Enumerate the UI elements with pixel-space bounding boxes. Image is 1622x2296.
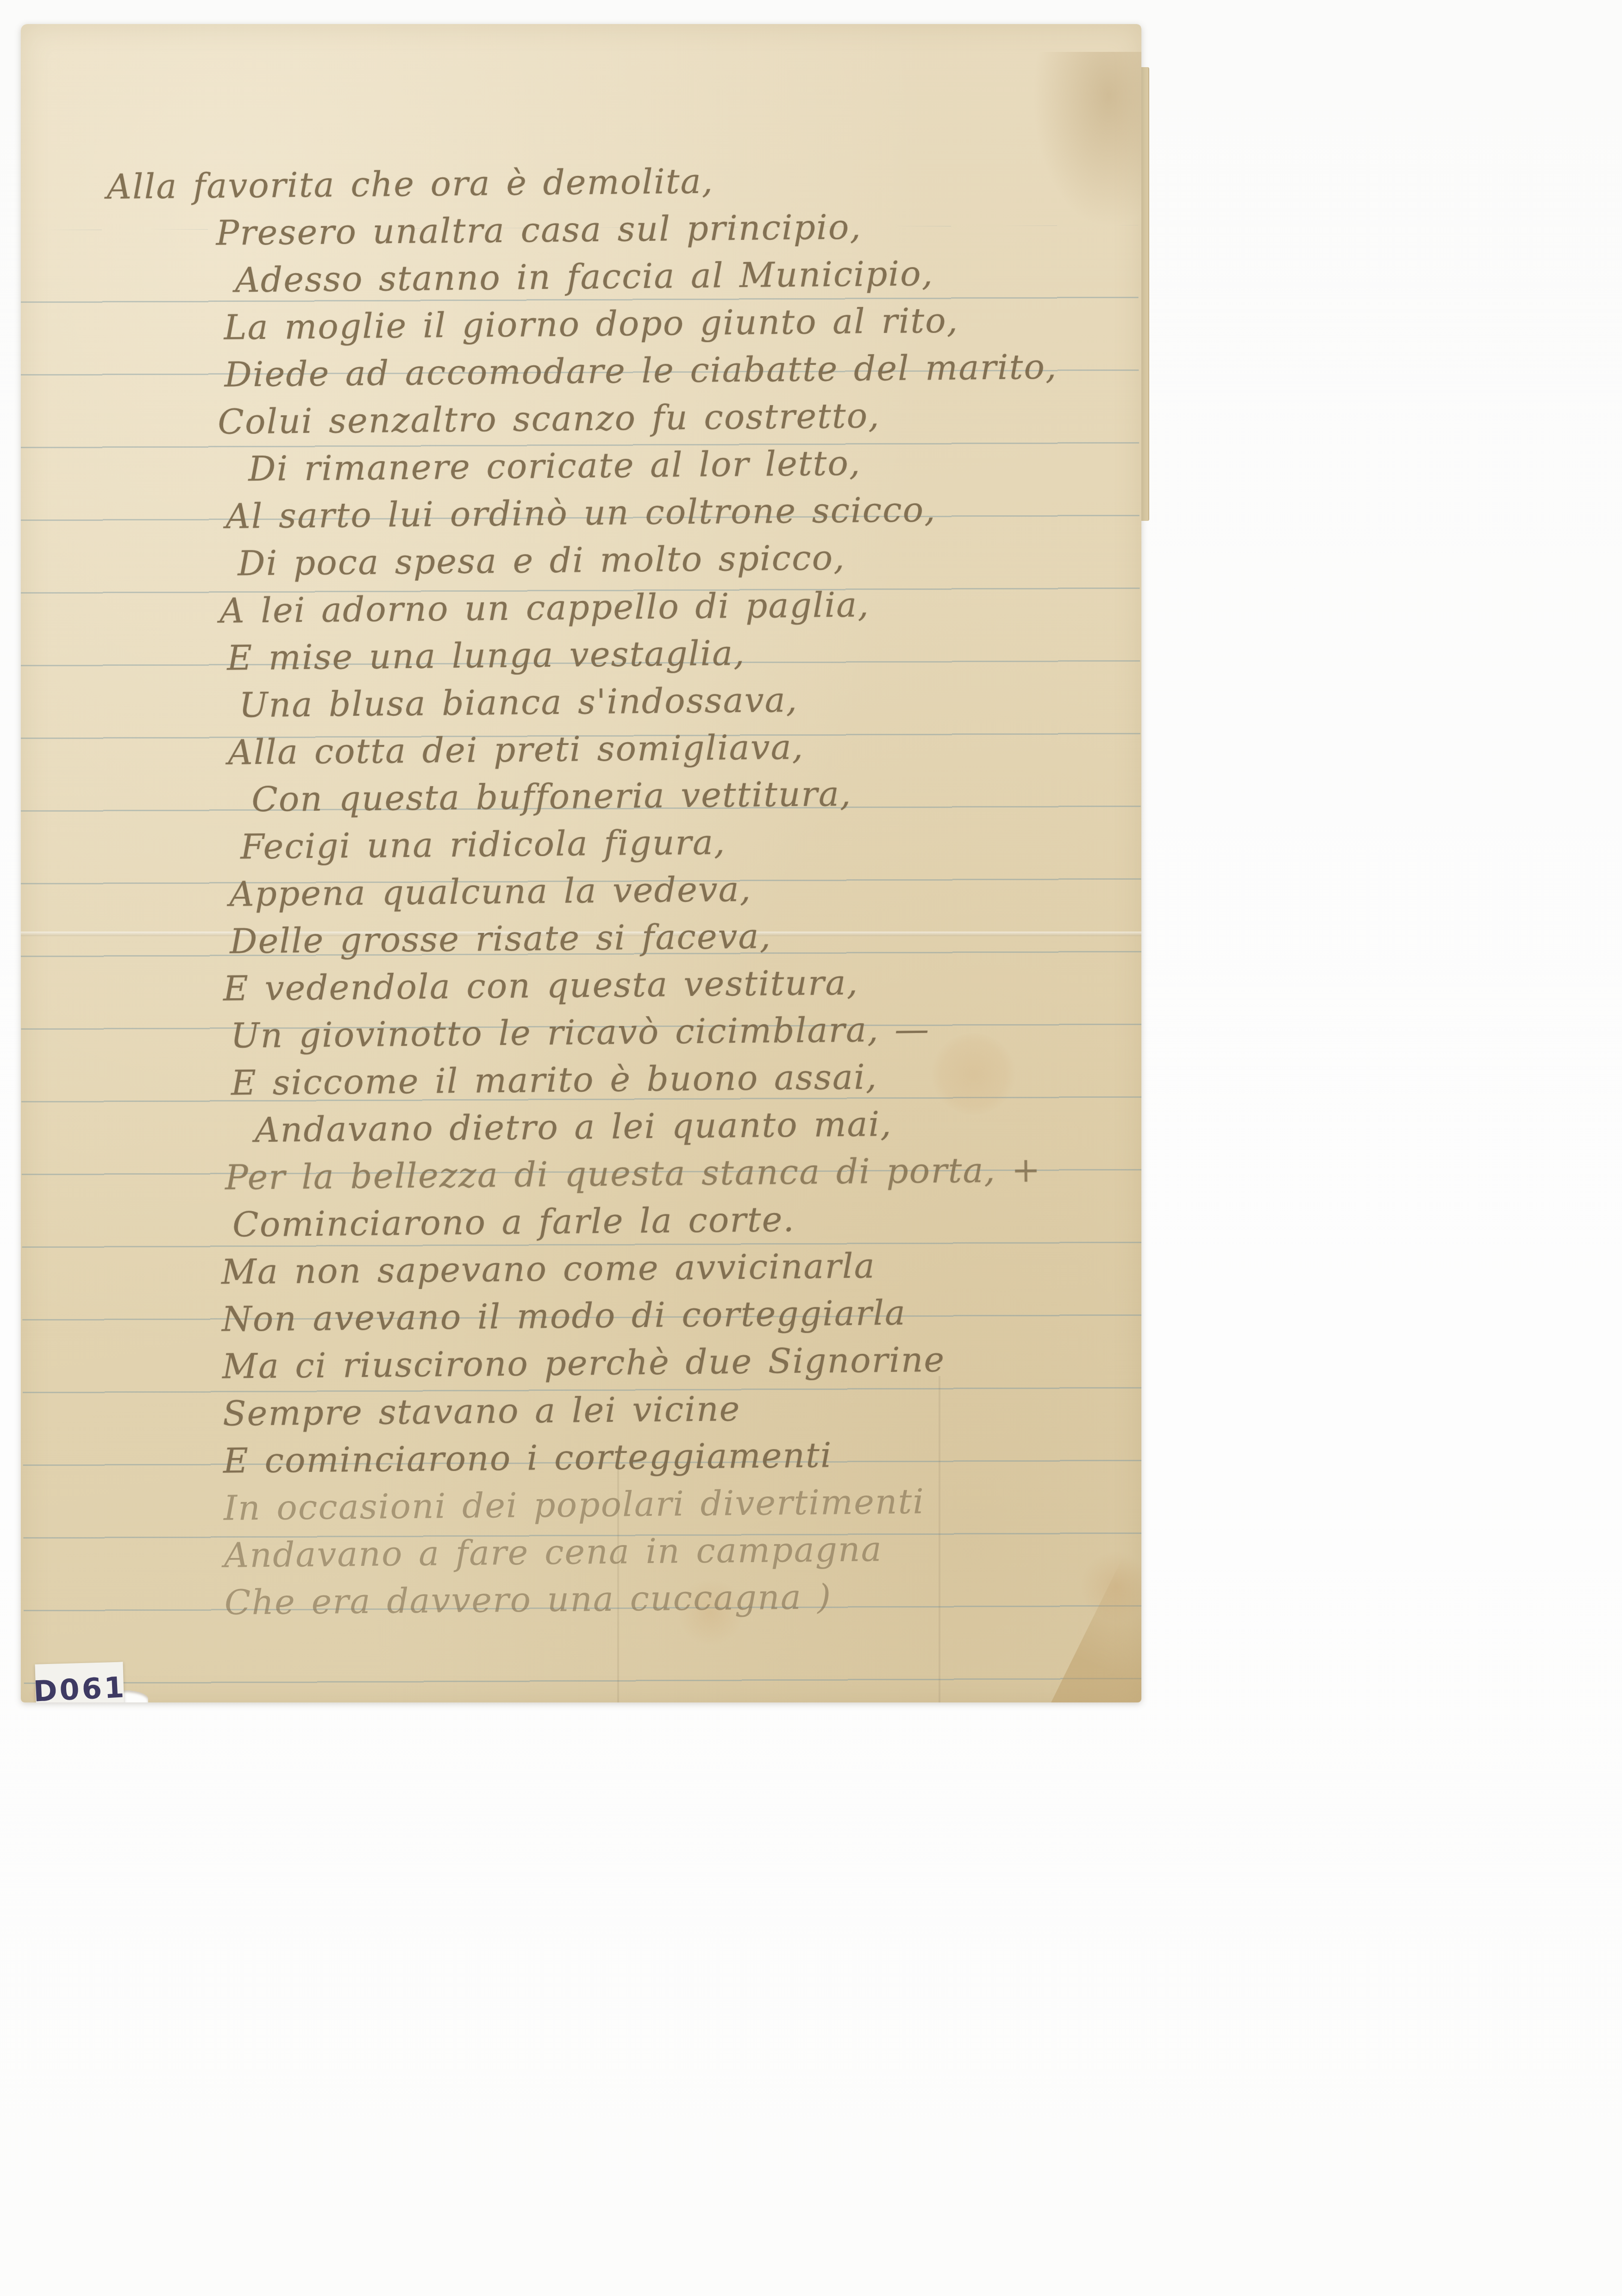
poem-line: Ma non sapevano come avvicinarla	[221, 1240, 1120, 1296]
poem-line: Che era davvero una cuccagna )	[224, 1570, 1123, 1627]
poem-line: Non avevano il modo di corteggiarla	[221, 1287, 1120, 1343]
poem-line: Delle grosse risate si faceva,	[230, 909, 1117, 965]
archive-label: D061	[32, 1670, 127, 1702]
poem-line: In occasioni dei popolari divertimenti	[223, 1476, 1122, 1532]
second-sheet-edge	[1140, 67, 1149, 521]
poem-line: Una blusa bianca s'indossava,	[239, 673, 1115, 729]
poem-line: Alla cotta dei preti somigliava,	[228, 720, 1115, 776]
poem-line: Con questa buffoneria vettitura,	[251, 768, 1115, 823]
poem-line: Un giovinotto le ricavò cicimblara, —	[231, 1004, 1118, 1059]
poem-line: La moglie il giorno dopo giunto al rito,	[224, 295, 1111, 351]
poem-line: Andavano dietro a lei quanto mai,	[255, 1098, 1119, 1154]
poem-line: Andavano a fare cena in campagna	[224, 1523, 1122, 1579]
poem-line: Diede ad accomodare le ciabatte del mari…	[224, 343, 1111, 398]
poem-line: Cominciarono a farle la corte.	[232, 1193, 1120, 1248]
poem-line: Al sarto lui ordinò un coltrone scicco,	[225, 484, 1113, 540]
scan-background: Alla favorita che ora è demolita,Presero…	[0, 0, 1622, 2296]
poem-line: E siccome il marito è buono assai,	[231, 1051, 1118, 1107]
poem-line: Presero unaltra casa sul principio,	[216, 201, 1110, 257]
poem-line: Adesso stanno in faccia al Municipio,	[235, 248, 1110, 304]
poem-line: Appena qualcuna la vedeva,	[229, 862, 1116, 918]
poem-line: Ma ci riuscirono perchè due Signorine	[222, 1334, 1121, 1390]
poem-line: E cominciarono i corteggiamenti	[223, 1429, 1121, 1485]
manuscript-page: Alla favorita che ora è demolita,Presero…	[21, 24, 1141, 1702]
poem-line: Per la bellezza di questa stanca di port…	[225, 1145, 1119, 1201]
poem-line: E mise una lunga vestaglia,	[227, 626, 1114, 682]
poem-line: Sempre stavano a lei vicine	[222, 1382, 1121, 1438]
archive-label-sticker: D061	[35, 1662, 124, 1702]
poem-line: Di poca spesa e di molto spicco,	[238, 532, 1113, 587]
poem-line: E vedendola con questa vestitura,	[223, 957, 1117, 1013]
handwritten-poem: Alla favorita che ora è demolita,Presero…	[160, 154, 1123, 1627]
poem-line: Di rimanere coricate al lor letto,	[248, 437, 1112, 493]
poem-line: Fecigi una ridicola figura,	[240, 815, 1116, 870]
poem-line: A lei adorno un cappello di paglia,	[219, 579, 1114, 635]
poem-line: Colui senzaltro scanzo fu costretto,	[218, 390, 1112, 446]
